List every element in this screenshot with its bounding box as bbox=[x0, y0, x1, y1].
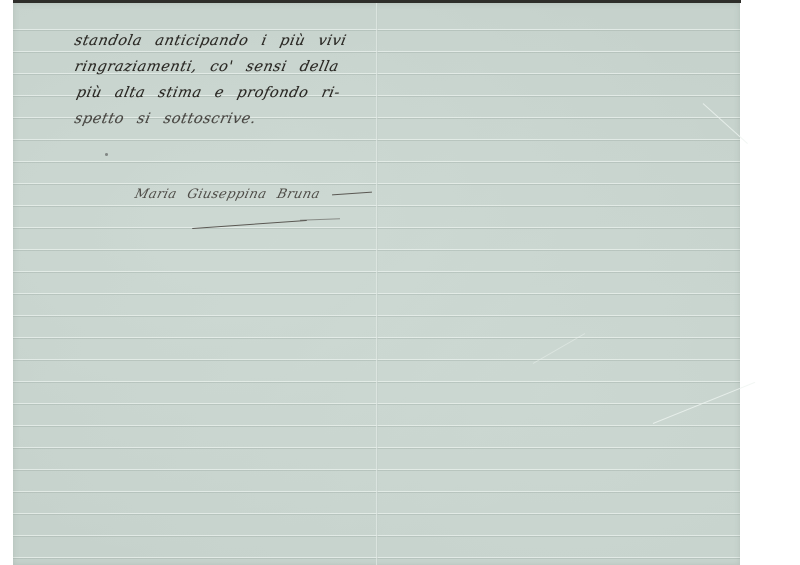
paper-crease bbox=[653, 382, 755, 424]
ink-speck bbox=[105, 153, 108, 156]
handwritten-line: standola anticipando i più vivi bbox=[60, 28, 386, 54]
signature: Maria Giuseppina Bruna bbox=[133, 187, 322, 202]
handwritten-line: più alta stima e profondo ri- bbox=[60, 80, 386, 106]
handwritten-line: ringraziamenti, co' sensi della bbox=[60, 54, 386, 80]
paper-crease bbox=[703, 103, 748, 144]
paper-crease bbox=[533, 333, 585, 364]
handwritten-line: spetto si sottoscrive. bbox=[60, 106, 386, 132]
scanned-letter-page: standola anticipando i più vivi ringrazi… bbox=[0, 0, 800, 565]
letter-body-text: standola anticipando i più vivi ringrazi… bbox=[60, 28, 380, 132]
